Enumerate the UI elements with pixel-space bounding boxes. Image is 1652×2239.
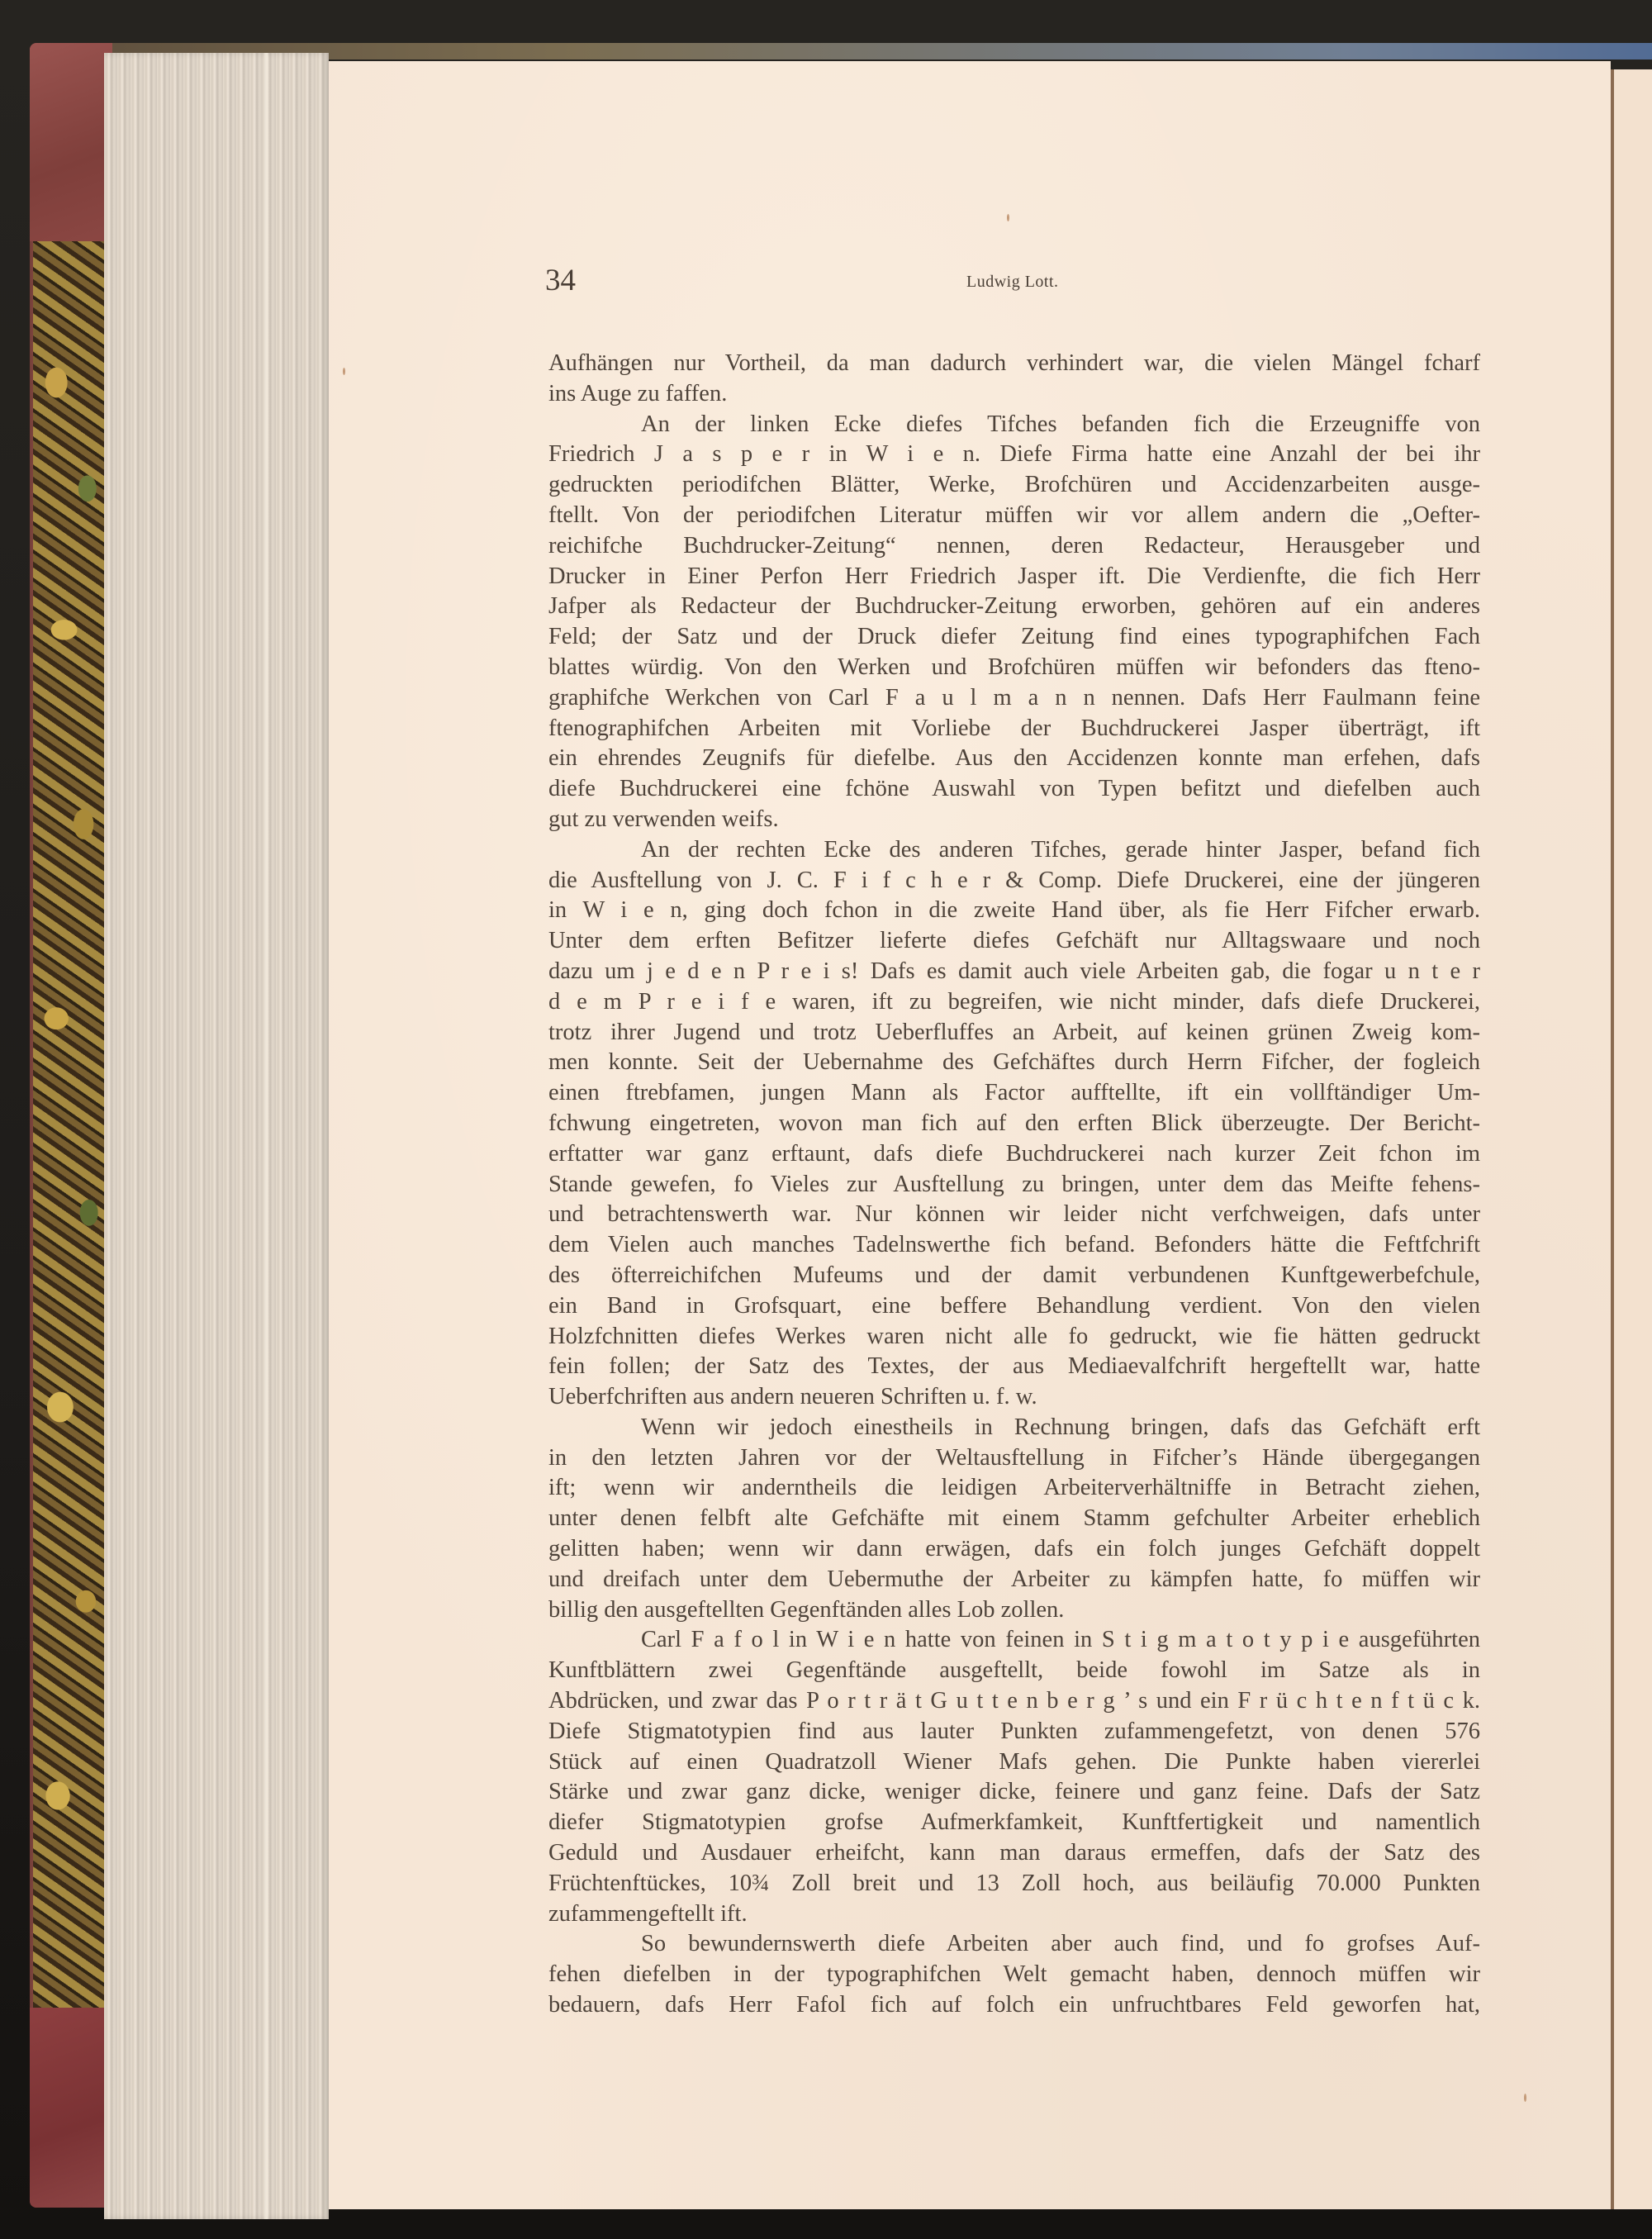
text-line: zufammengeftellt ift. bbox=[548, 1899, 1480, 1930]
marbled-cover-paper bbox=[33, 241, 111, 2008]
text-line: ftellt. Von der periodifchen Literatur m… bbox=[548, 501, 1480, 531]
text-line: in W i e n, ging doch fchon in die zweit… bbox=[548, 896, 1480, 926]
text-line: Stande gewefen, fo Vieles zur Ausftellun… bbox=[548, 1170, 1480, 1200]
text-line: Holzfchnitten diefes Werkes waren nicht … bbox=[548, 1322, 1480, 1352]
text-line: dem Vielen auch manches Tadelnswerthe fi… bbox=[548, 1230, 1480, 1261]
text-line: ift; wenn wir anderntheils die leidigen … bbox=[548, 1473, 1480, 1504]
body-text: Aufhängen nur Vortheil, da man dadurch v… bbox=[548, 349, 1480, 2021]
cover-leather-corner-top bbox=[30, 43, 112, 241]
text-line: Drucker in Einer Perfon Herr Friedrich J… bbox=[548, 562, 1480, 592]
text-line: fein follen; der Satz des Textes, der au… bbox=[548, 1352, 1480, 1382]
text-line: Unter dem erften Befitzer lieferte diefe… bbox=[548, 926, 1480, 957]
paragraph-first-line: Carl F a f o l in W i e n hatte von fein… bbox=[548, 1625, 1480, 1656]
text-line: Stück auf einen Quadratzoll Wiener Mafs … bbox=[548, 1747, 1480, 1778]
text-line: Geduld und Ausdauer erheifcht, kann man … bbox=[548, 1838, 1480, 1869]
text-line: Feld; der Satz und der Druck diefer Zeit… bbox=[548, 622, 1480, 653]
page-edges-stack bbox=[104, 53, 329, 2219]
text-line: die Ausftellung von J. C. F i f c h e r … bbox=[548, 866, 1480, 896]
text-line: des öfterreichifchen Mufeums und der dam… bbox=[548, 1261, 1480, 1291]
text-line: reichifche Buchdrucker-Zeitung“ nennen, … bbox=[548, 531, 1480, 562]
text-line: Abdrücken, und zwar das P o r t r ä t G … bbox=[548, 1686, 1480, 1717]
page-number: 34 bbox=[545, 263, 576, 298]
text-line: und dreifach unter dem Uebermuthe der Ar… bbox=[548, 1565, 1480, 1595]
text-line: ftenographifchen Arbeiten mit Vorliebe d… bbox=[548, 714, 1480, 744]
running-title: Ludwig Lott. bbox=[966, 273, 1059, 292]
paper-speck bbox=[1007, 214, 1009, 221]
text-line: gut zu verwenden weifs. bbox=[548, 805, 1480, 835]
text-line: in den letzten Jahren vor der Weltausfte… bbox=[548, 1443, 1480, 1474]
text-line: Friedrich J a s p e r in W i e n. Diefe … bbox=[548, 440, 1480, 470]
text-line: graphifche Werkchen von Carl F a u l m a… bbox=[548, 683, 1480, 714]
text-line: Früchtenftückes, 10¾ Zoll breit und 13 Z… bbox=[548, 1869, 1480, 1899]
text-line: billig den ausgeftellten Gegenftänden al… bbox=[548, 1595, 1480, 1626]
paragraph-first-line: So bewundernswerth diefe Arbeiten aber a… bbox=[548, 1929, 1480, 1960]
cover-leather-corner-bottom bbox=[30, 2008, 112, 2208]
text-line: und betrachtenswerth war. Nur können wir… bbox=[548, 1200, 1480, 1230]
text-line: Ueberfchriften aus andern neueren Schrif… bbox=[548, 1382, 1480, 1413]
paragraph-first-line: Wenn wir jedoch einestheils in Rechnung … bbox=[548, 1413, 1480, 1443]
text-line: einen ftrebfamen, jungen Mann als Factor… bbox=[548, 1078, 1480, 1109]
text-line: diefer Stigmatotypien grofse Aufmerkfamk… bbox=[548, 1808, 1480, 1838]
text-line: d e m P r e i f e waren, ift zu begreife… bbox=[548, 987, 1480, 1018]
text-line: fchwung eingetreten, wovon man fich auf … bbox=[548, 1109, 1480, 1139]
text-line: diefe Buchdruckerei eine fchöne Auswahl … bbox=[548, 774, 1480, 805]
text-line: Aufhängen nur Vortheil, da man dadurch v… bbox=[548, 349, 1480, 379]
text-line: ins Auge zu faffen. bbox=[548, 379, 1480, 410]
text-line: fehen diefelben in der typographifchen W… bbox=[548, 1960, 1480, 1990]
page-edges-divider bbox=[264, 53, 268, 2219]
text-line: trotz ihrer Jugend und trotz Ueberfluffe… bbox=[548, 1018, 1480, 1048]
text-line: Kunftblättern zwei Gegenftände ausgeftel… bbox=[548, 1656, 1480, 1686]
facing-page-edge bbox=[1614, 69, 1652, 2209]
text-line: ein ehrendes Zeugnifs für diefelbe. Aus … bbox=[548, 744, 1480, 774]
paper-speck bbox=[1524, 2094, 1526, 2102]
text-line: dazu um j e d e n P r e i s! Dafs es dam… bbox=[548, 957, 1480, 987]
paragraph-first-line: An der rechten Ecke des anderen Tifches,… bbox=[548, 835, 1480, 866]
paper-speck bbox=[343, 368, 345, 375]
text-line: erftatter war ganz erftaunt, dafs diefe … bbox=[548, 1139, 1480, 1170]
text-line: Jafper als Redacteur der Buchdrucker-Zei… bbox=[548, 592, 1480, 622]
book-top-edge bbox=[112, 43, 1652, 59]
text-line: bedauern, dafs Herr Fafol fich auf folch… bbox=[548, 1990, 1480, 2021]
text-line: Diefe Stigmatotypien find aus lauter Pun… bbox=[548, 1717, 1480, 1747]
text-line: Stärke und zwar ganz dicke, weniger dick… bbox=[548, 1777, 1480, 1808]
text-line: gelitten haben; wenn wir dann erwägen, d… bbox=[548, 1534, 1480, 1565]
paragraph-first-line: An der linken Ecke diefes Tifches befand… bbox=[548, 410, 1480, 440]
text-line: blattes würdig. Von den Werken und Brofc… bbox=[548, 653, 1480, 683]
text-line: unter denen felbft alte Gefchäfte mit ei… bbox=[548, 1504, 1480, 1534]
text-line: men konnte. Seit der Uebernahme des Gefc… bbox=[548, 1048, 1480, 1078]
running-head: 34 Ludwig Lott. bbox=[545, 263, 1495, 304]
text-line: ein Band in Grofsquart, eine beffere Beh… bbox=[548, 1291, 1480, 1322]
text-line: gedruckten periodifchen Blätter, Werke, … bbox=[548, 470, 1480, 501]
